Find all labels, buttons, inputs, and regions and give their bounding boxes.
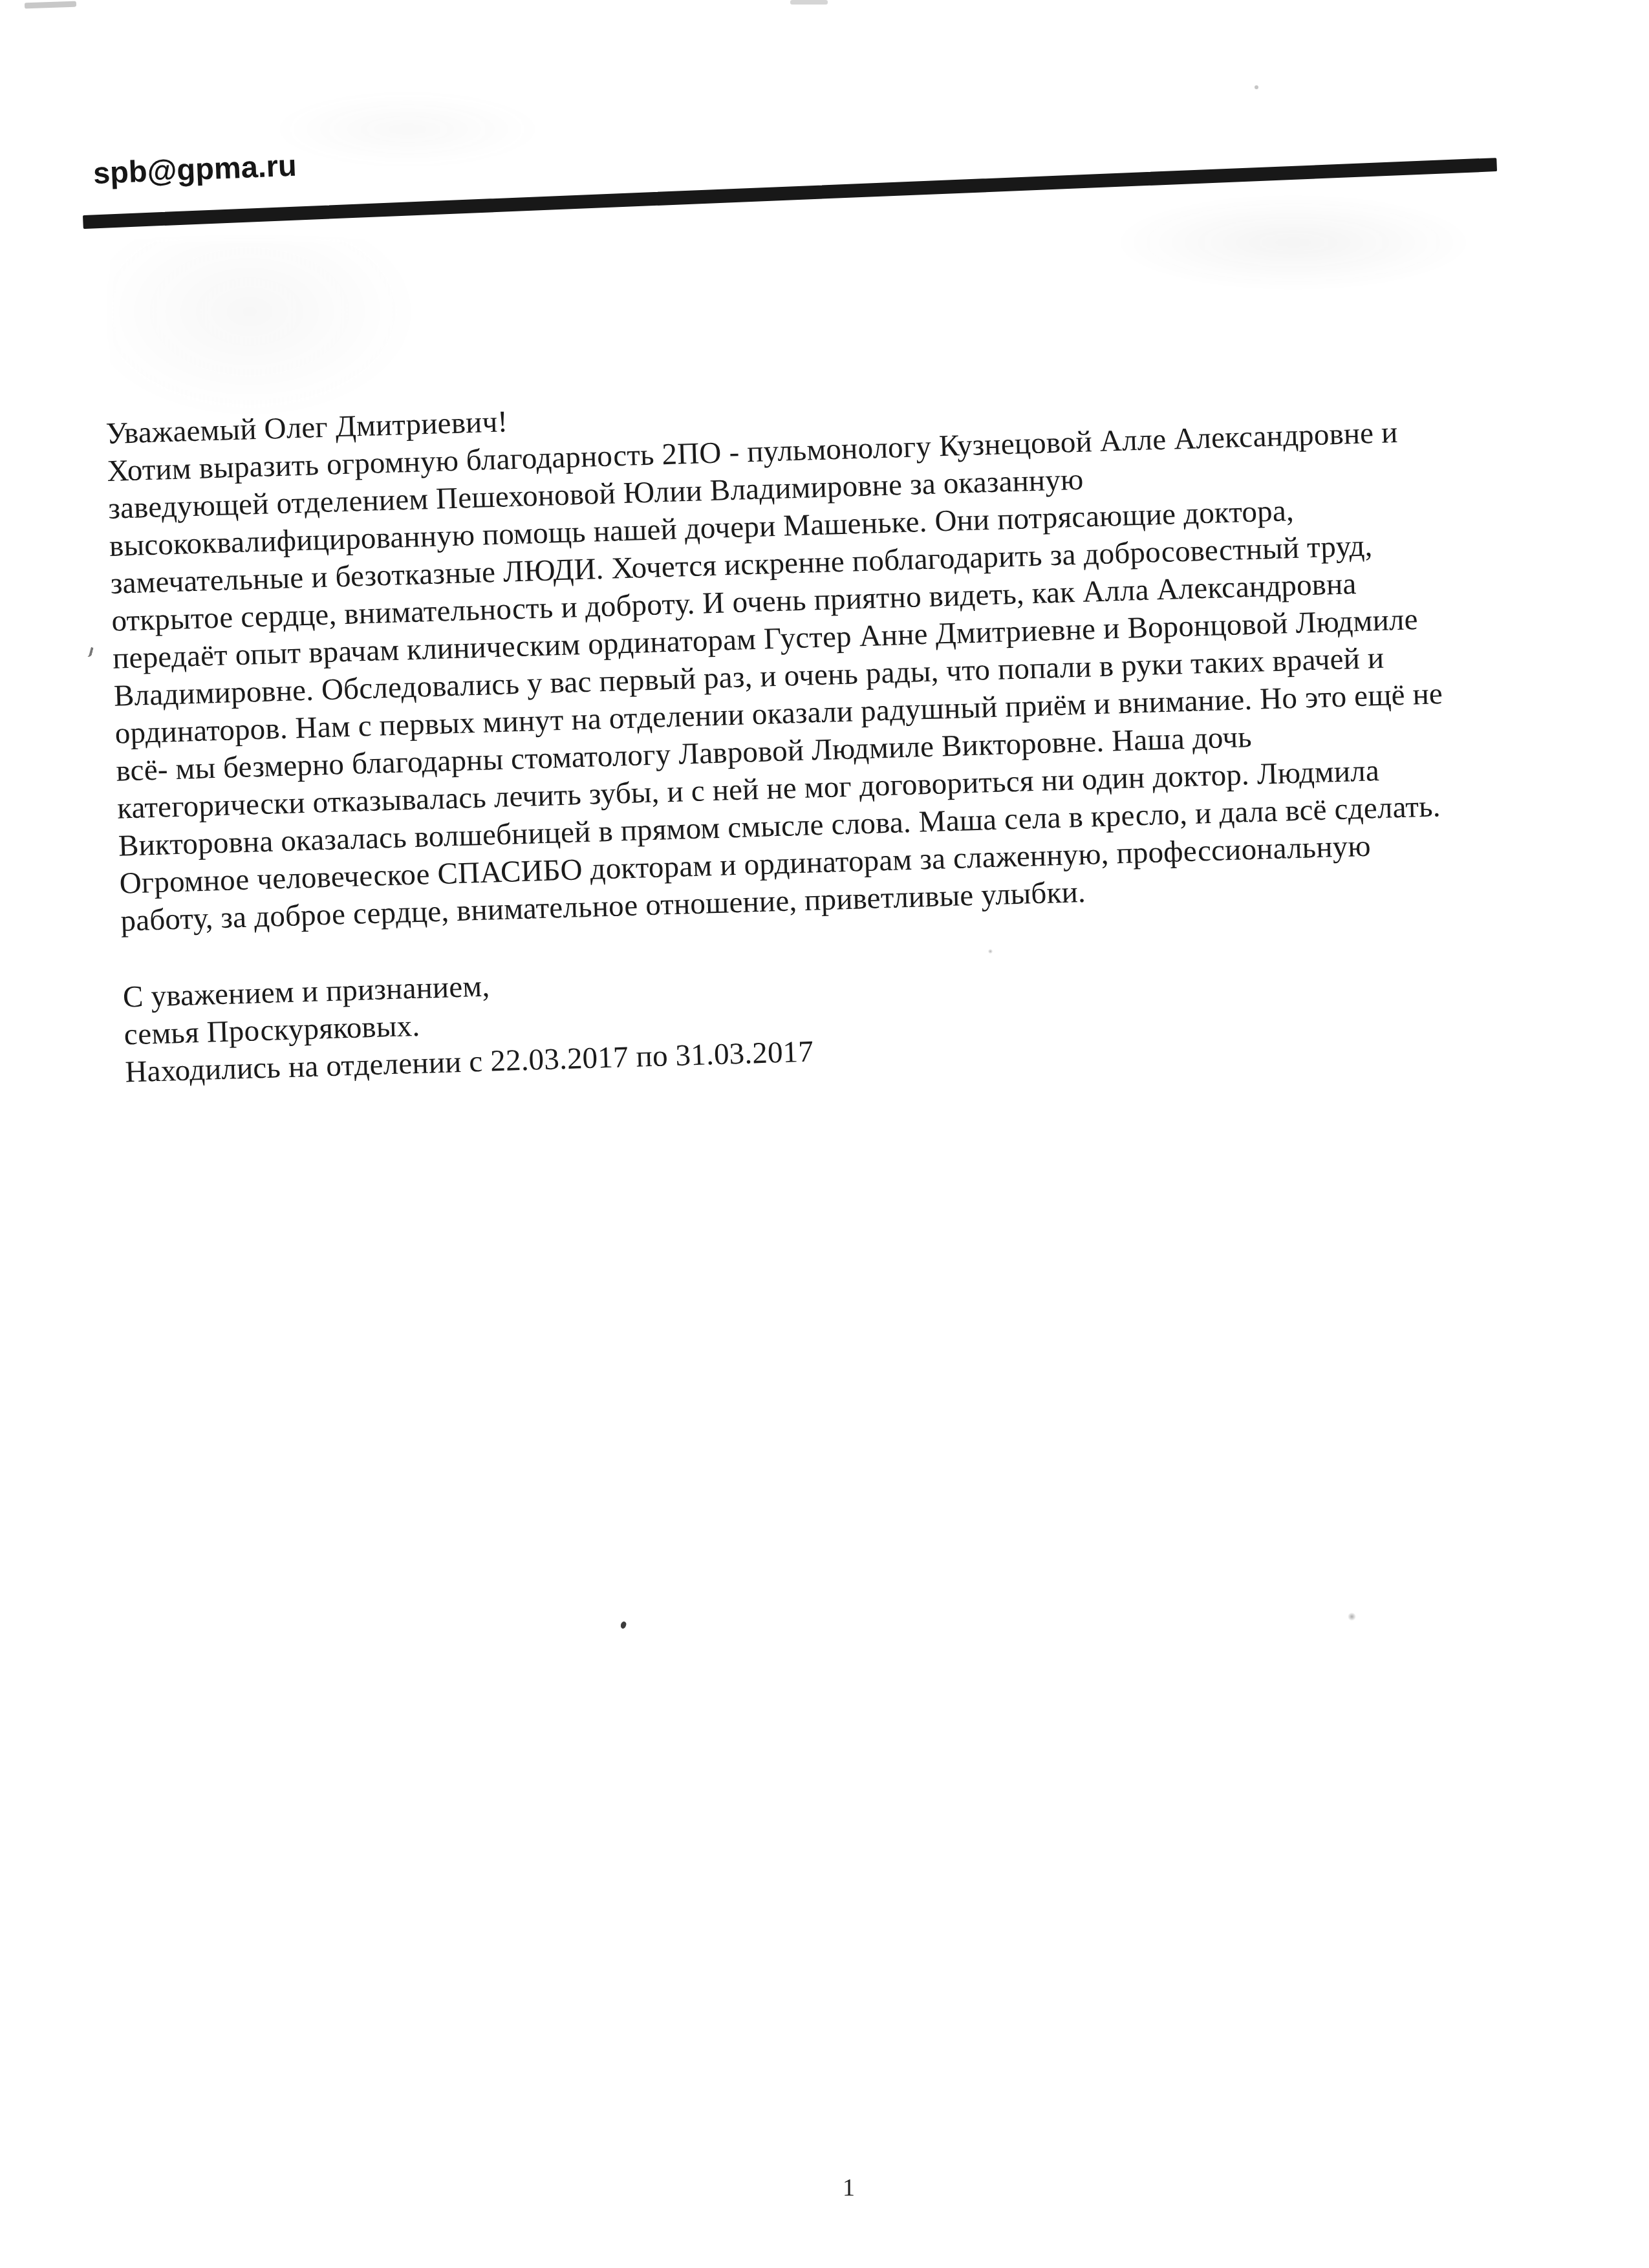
scan-speck: [1255, 85, 1258, 89]
scan-speck: [1348, 1612, 1356, 1621]
scan-speck: [620, 1621, 627, 1629]
scan-speck: [83, 646, 94, 658]
letter-body: Уважаемый Олег Дмитриевич! Хотим выразит…: [105, 371, 1586, 1091]
scan-smudge: [110, 239, 420, 420]
scan-smudge: [1112, 194, 1474, 291]
letter-closing: С уважением и признанием, семья Проскуря…: [122, 935, 1586, 1091]
scanned-letter-page: spb@gpma.ru Уважаемый Олег Дмитриевич! Х…: [0, 0, 1649, 2268]
scan-edge-mark: [790, 0, 828, 5]
header-email-text: spb@gpma.ru: [92, 147, 297, 191]
page-number: 1: [843, 2174, 855, 2202]
scan-smudge: [272, 91, 543, 168]
scan-edge-mark: [25, 1, 76, 9]
